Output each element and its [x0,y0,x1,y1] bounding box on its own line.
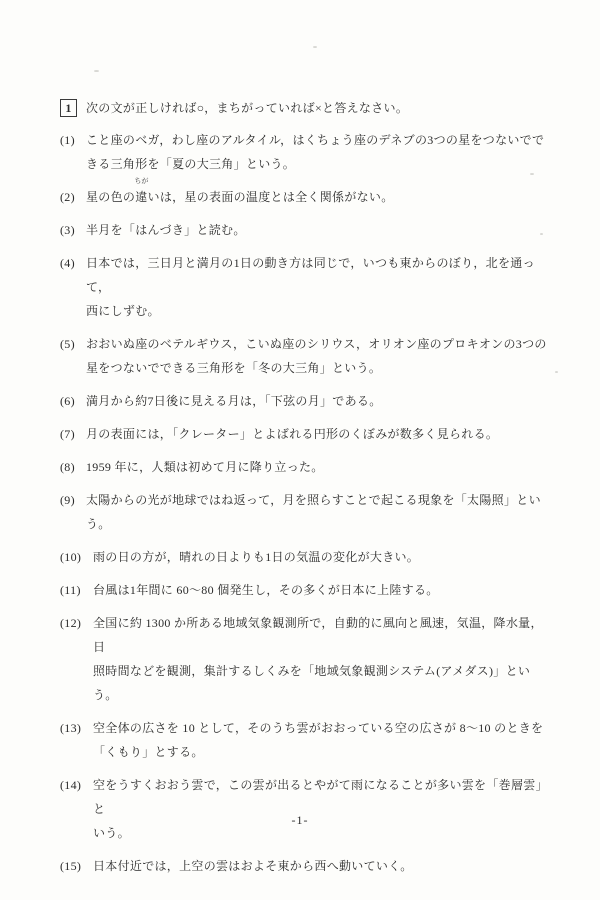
scanned-worksheet-page: 1 次の文が正しければ○，まちがっていれば×と答えなさい。 (1) こと座のベガ… [0,0,600,900]
furigana: ちが [134,178,148,185]
question-10: (10) 雨の日の方が，晴れの日よりも1日の気温の変化が大きい。 [60,545,552,569]
question-text: 空をうすくおおう雲で，この雲が出るとやがて雨になることが多い雲を「巻層雲」と い… [93,778,548,840]
question-text: 1959 年に，人類は初めて月に降り立った。 [86,460,324,474]
question-number: (5) [60,332,75,356]
question-15: (15) 日本付近では，上空の雲はおよそ東から西へ動いていく。 [60,854,552,878]
scan-speck [313,46,317,48]
question-number: (8) [60,455,75,479]
section-instruction: 次の文が正しければ○，まちがっていれば×と答えなさい。 [86,101,408,115]
question-13: (13) 空全体の広さを 10 として，そのうち雲がおおっている空の広さが 8〜… [60,716,552,764]
question-number: (11) [60,578,81,602]
question-text: こと座のベガ，わし座のアルタイル，はくちょう座のデネブの3つの星をつないでで き… [86,133,544,171]
question-4: (4) 日本では，三日月と満月の1日の動き方は同じで，いつも東からのぼり，北を通… [60,251,552,323]
question-text-post: いは，星の表面の温度とは全く関係がない。 [148,190,394,204]
ruby-annotated-kanji: ちが違 [135,185,147,209]
question-number: (12) [60,611,81,635]
question-text: 月の表面には，「クレーター」とよばれる円形のくぼみが数多く見られる。 [86,427,498,441]
question-7: (7) 月の表面には，「クレーター」とよばれる円形のくぼみが数多く見られる。 [60,422,552,446]
question-14: (14) 空をうすくおおう雲で，この雲が出るとやがて雨になることが多い雲を「巻層… [60,773,552,845]
question-text: 半月を「はんづき」と読む。 [86,223,246,237]
scan-speck [94,70,99,72]
scan-speck [555,371,558,373]
section-header: 1 次の文が正しければ○，まちがっていれば×と答えなさい。 [60,96,552,120]
question-text: 星の色のちが違いは，星の表面の温度とは全く関係がない。 [86,190,394,204]
question-number: (9) [60,488,75,512]
question-text-pre: 星の色の [86,190,135,204]
question-number: (7) [60,422,75,446]
question-text: 日本では，三日月と満月の1日の動き方は同じで，いつも東からのぼり，北を通って， … [86,256,535,318]
question-1: (1) こと座のベガ，わし座のアルタイル，はくちょう座のデネブの3つの星をつない… [60,128,552,176]
question-number: (3) [60,218,75,242]
question-number: (14) [60,773,81,797]
question-number: (6) [60,389,75,413]
question-text: 日本付近では，上空の雲はおよそ東から西へ動いていく。 [93,859,413,873]
question-text: 雨の日の方が，晴れの日よりも1日の気温の変化が大きい。 [93,550,419,564]
question-11: (11) 台風は1年間に 60〜80 個発生し，その多くが日本に上陸する。 [60,578,552,602]
question-6: (6) 満月から約7日後に見える月は，「下弦の月」である。 [60,389,552,413]
question-12: (12) 全国に約 1300 か所ある地域気象観測所で，自動的に風向と風速，気温… [60,611,552,707]
page-number: -1- [0,813,600,828]
question-text: 満月から約7日後に見える月は，「下弦の月」である。 [86,394,382,408]
question-text: 全国に約 1300 か所ある地域気象観測所で，自動的に風向と風速，気温，降水量，… [93,616,543,702]
question-8: (8) 1959 年に，人類は初めて月に降り立った。 [60,455,552,479]
section-number-box: 1 [60,99,77,117]
question-number: (15) [60,854,81,878]
ruby-base: 違 [135,190,147,204]
question-2: (2) 星の色のちが違いは，星の表面の温度とは全く関係がない。 [60,185,552,209]
question-5: (5) おおいぬ座のベテルギウス，こいぬ座のシリウス，オリオン座のプロキオンの3… [60,332,552,380]
question-text: 台風は1年間に 60〜80 個発生し，その多くが日本に上陸する。 [93,583,439,597]
question-number: (2) [60,185,75,209]
question-number: (4) [60,251,75,275]
question-3: (3) 半月を「はんづき」と読む。 [60,218,552,242]
question-text: おおいぬ座のベテルギウス，こいぬ座のシリウス，オリオン座のプロキオンの3つの 星… [86,337,547,375]
worksheet-body: 1 次の文が正しければ○，まちがっていれば×と答えなさい。 (1) こと座のベガ… [60,96,552,887]
question-number: (1) [60,128,75,152]
question-text: 太陽からの光が地球ではね返って，月を照らすことで起こる現象を「太陽照」という。 [86,493,541,531]
question-9: (9) 太陽からの光が地球ではね返って，月を照らすことで起こる現象を「太陽照」と… [60,488,552,536]
question-number: (10) [60,545,81,569]
question-text: 空全体の広さを 10 として，そのうち雲がおおっている空の広さが 8〜10 のと… [93,721,543,759]
question-number: (13) [60,716,81,740]
